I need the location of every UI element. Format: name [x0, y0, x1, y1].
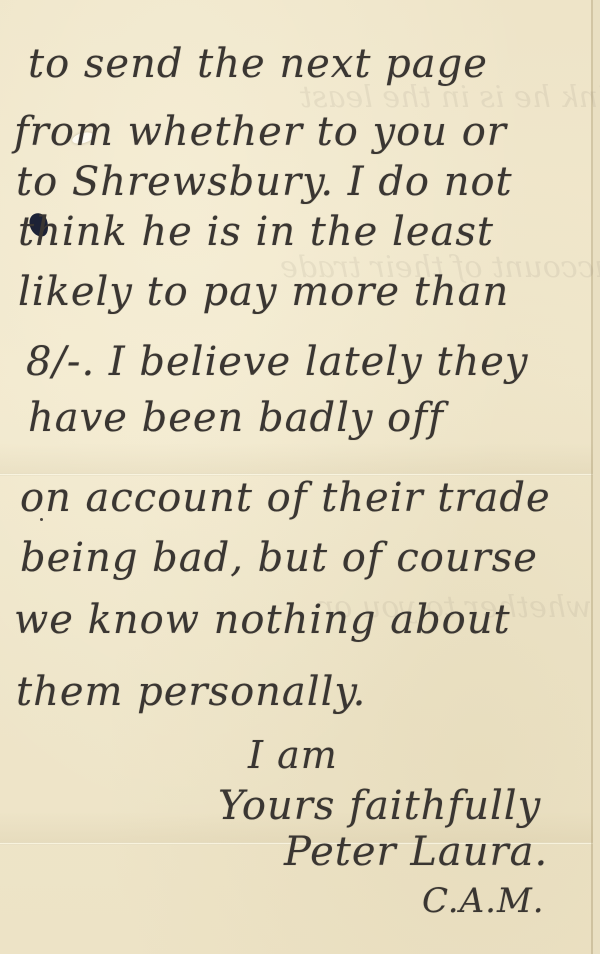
stray-ink-dot [40, 518, 43, 521]
letter-valediction: Yours faithfully [218, 786, 541, 826]
letter-line-4: think he is in the least [18, 212, 494, 252]
paper-edge-margin [593, 0, 600, 954]
letter-initials: C.A.M. [422, 884, 545, 918]
letter-line-6: 8/-. I believe lately they [26, 342, 529, 382]
letter-line-1: to send the next page [28, 44, 488, 84]
letter-line-3: to Shrewsbury. I do not [16, 162, 513, 202]
letter-line-11: them personally. [16, 672, 366, 712]
fold-shadow-middle [0, 443, 600, 473]
letter-line-7: have been badly off [28, 398, 444, 438]
letter-closing: I am [248, 736, 338, 774]
letter-line-9: being bad, but of course [20, 538, 538, 578]
letter-line-2: from whether to you or [14, 112, 507, 152]
letter-line-8: on account of their trade [20, 478, 551, 518]
letter-line-10: we know nothing about [14, 600, 511, 640]
letter-page: think he is in the least on account of t… [0, 0, 600, 954]
letter-signature: Peter Laura. [284, 832, 548, 872]
letter-line-5: likely to pay more than [18, 272, 509, 312]
